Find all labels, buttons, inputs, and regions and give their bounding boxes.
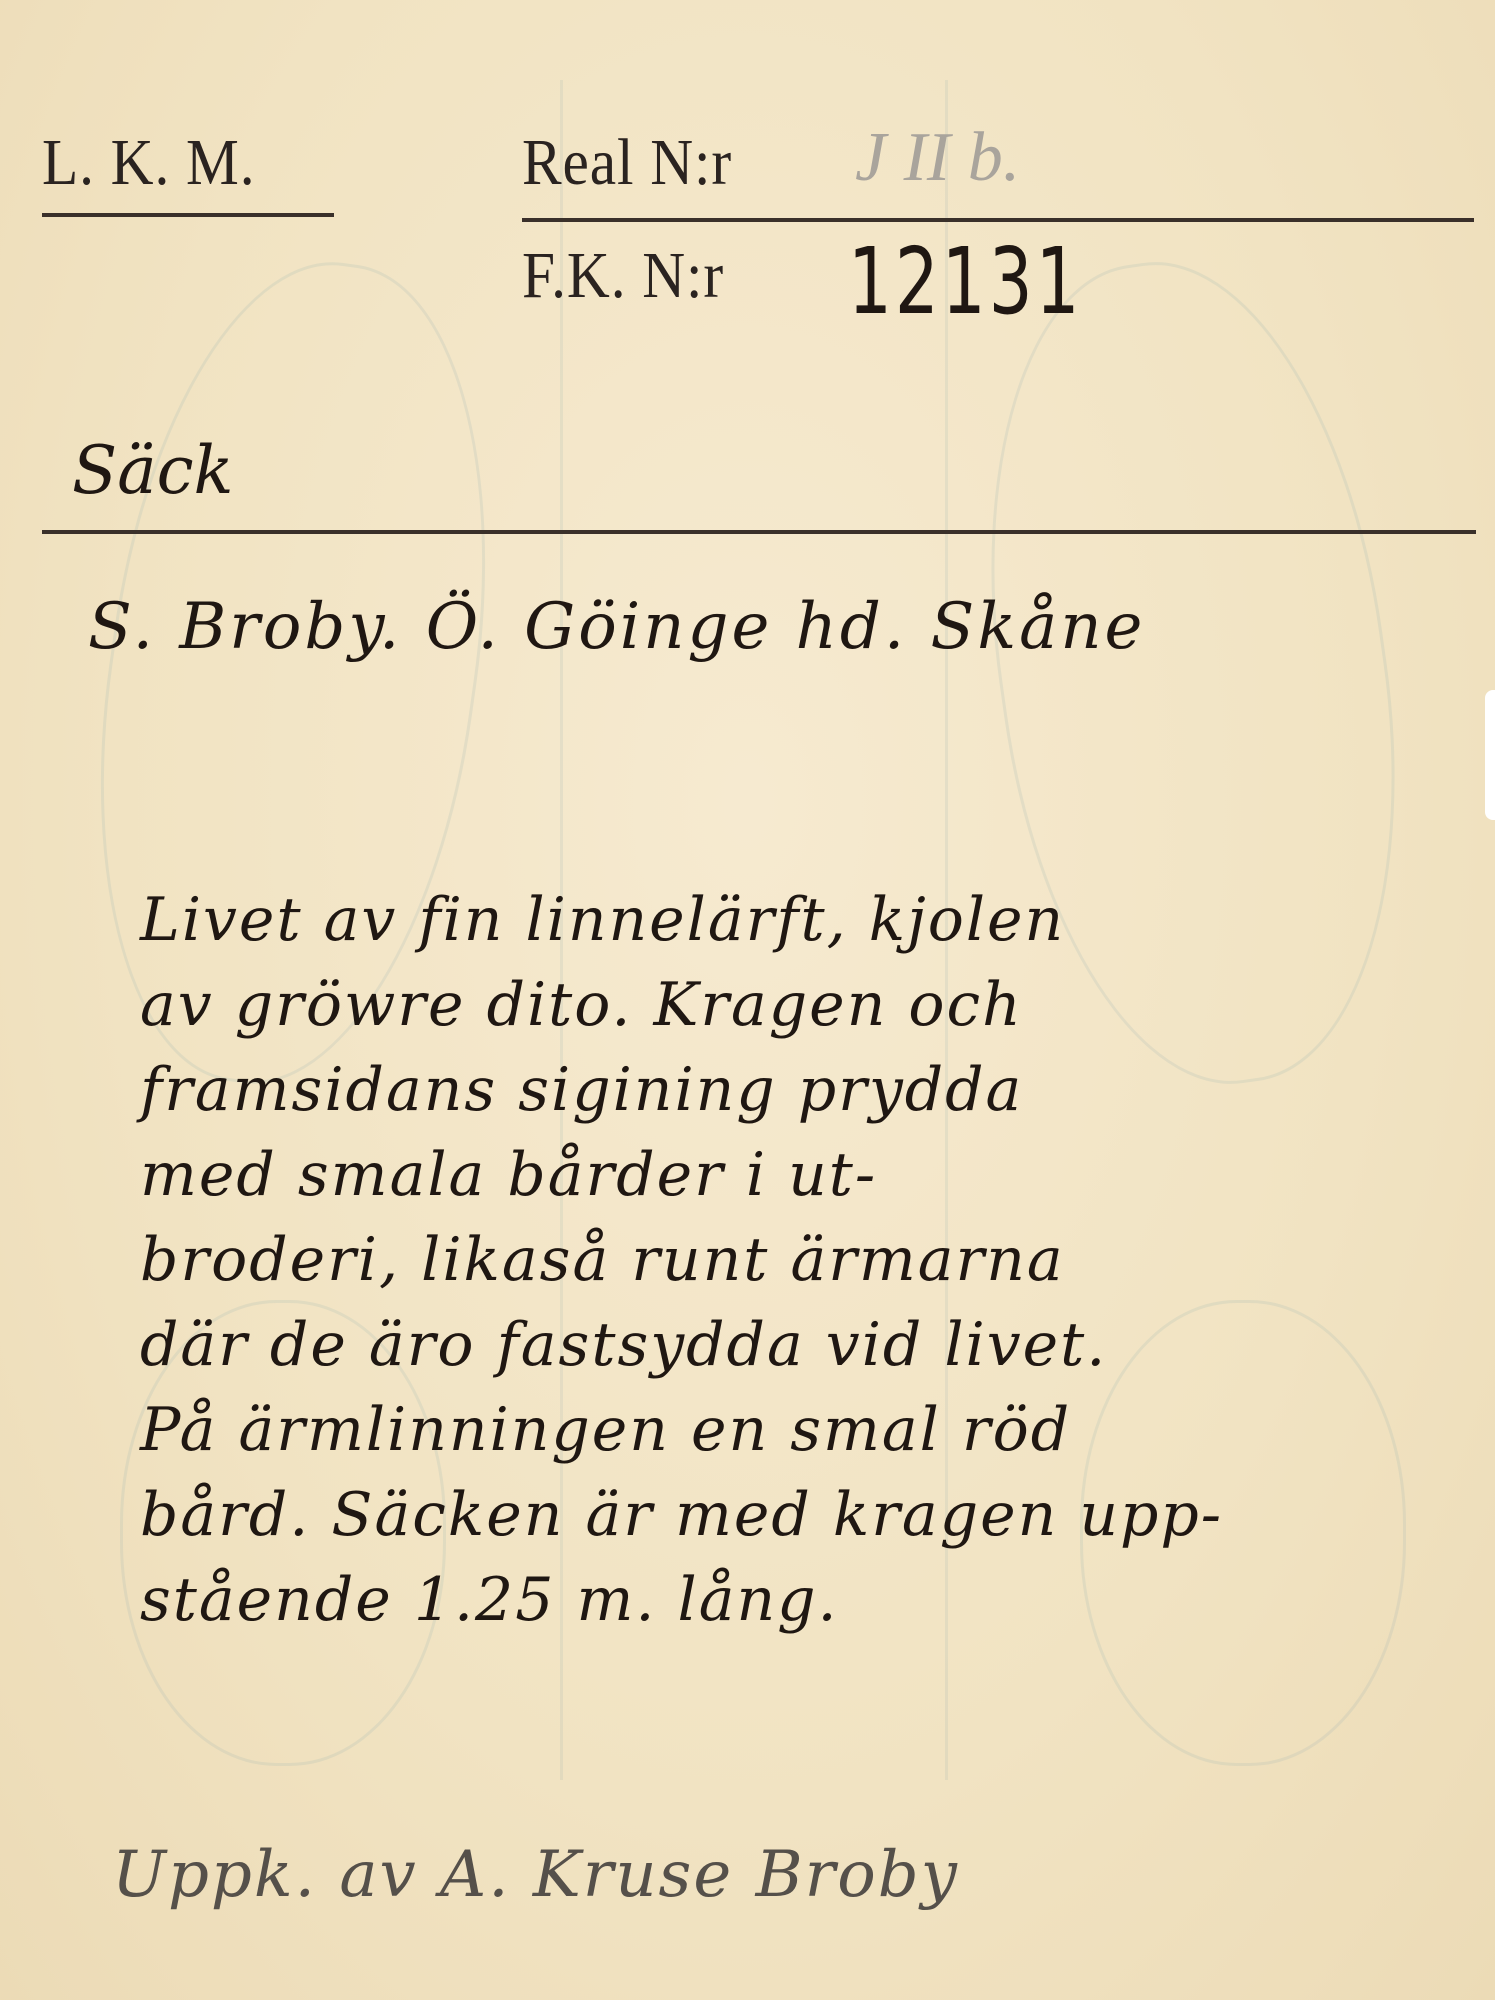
- location: S. Broby. Ö. Göinge hd. Skåne: [88, 590, 1145, 664]
- description-line: På ärmlinningen en smal röd: [140, 1395, 1071, 1465]
- description-line: broderi, likaså runt ärmarna: [140, 1225, 1065, 1295]
- description-line: där de äro fastsydda vid livet.: [140, 1310, 1107, 1380]
- description-line: stående 1.25 m. lång.: [140, 1565, 839, 1635]
- description-line: med smala bårder i ut-: [140, 1140, 877, 1210]
- description-line: framsidans sigining prydda: [140, 1055, 1023, 1125]
- description-line: Livet av fin linnelärft, kjolen: [140, 885, 1065, 955]
- real-nr-value: J II b.: [855, 118, 1020, 198]
- fk-nr-value: 12131: [848, 228, 1083, 335]
- object-name: Säck: [72, 432, 234, 509]
- description-line: bård. Säcken är med kragen upp-: [140, 1480, 1223, 1550]
- paper-tear: [1485, 690, 1495, 820]
- institution-label: L. K. M.: [42, 125, 255, 201]
- acquired-by: Uppk. av A. Kruse Broby: [112, 1838, 959, 1912]
- description-line: av gröwre dito. Kragen och: [140, 970, 1023, 1040]
- institution-underline: [42, 213, 334, 217]
- fk-nr-label: F.K. N:r: [522, 238, 724, 314]
- object-rule: [42, 530, 1476, 534]
- real-nr-label: Real N:r: [522, 125, 732, 201]
- header-rule: [522, 218, 1474, 222]
- catalogue-card: L. K. M. Real N:r J II b. F.K. N:r 12131…: [0, 0, 1495, 2000]
